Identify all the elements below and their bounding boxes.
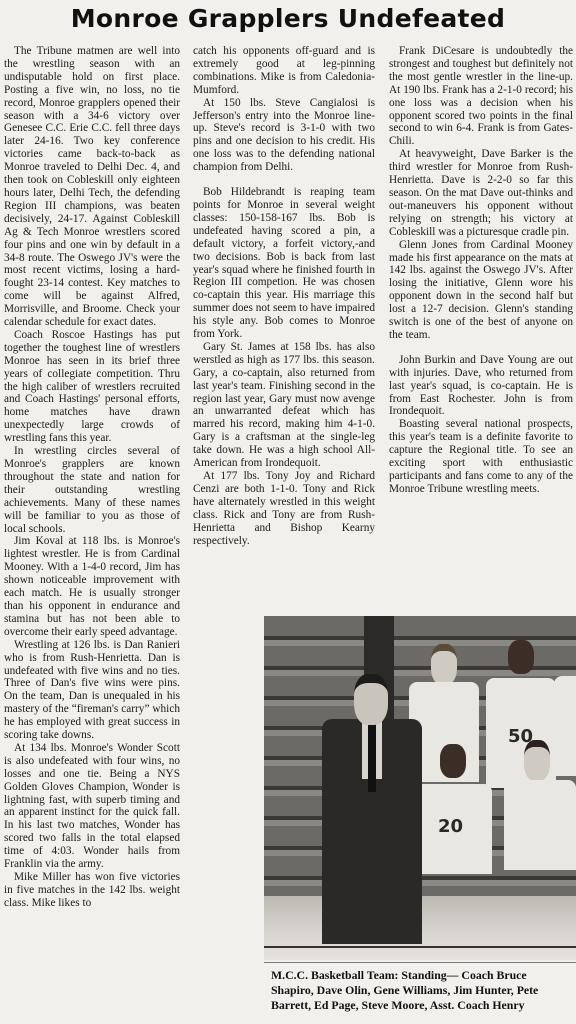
paragraph: Wrestling at 126 lbs. is Dan Ranieri who… xyxy=(4,639,180,742)
paragraph: catch his opponents off-guard and is ext… xyxy=(193,45,375,97)
caption-line: Barrett, Ed Page, Steve Moore, Asst. Coa… xyxy=(271,998,576,1013)
paragraph: Jim Koval at 118 lbs. is Monroe's lighte… xyxy=(4,535,180,638)
paragraph: John Burkin and Dave Young are out with … xyxy=(389,354,573,419)
paragraph: Gary St. James at 158 lbs. has also wers… xyxy=(193,341,375,470)
paragraph: At 150 lbs. Steve Cangialosi is Jefferso… xyxy=(193,97,375,174)
paragraph: At 177 lbs. Tony Joy and Richard Cenzi a… xyxy=(193,470,375,547)
team-photo: 50 20 xyxy=(264,616,576,960)
paragraph: At 134 lbs. Monroe's Wonder Scott is als… xyxy=(4,742,180,871)
player-figure xyxy=(504,740,576,940)
article-column-3: Frank DiCesare is undoubtedly the strong… xyxy=(389,45,573,496)
caption-line: M.C.C. Basketball Team: Standing— Coach … xyxy=(271,968,576,983)
paragraph: Boasting several national prospects, thi… xyxy=(389,418,573,495)
paragraph: At heavyweight, Dave Barker is the third… xyxy=(389,148,573,238)
paragraph: Bob Hildebrandt is reaping team points f… xyxy=(193,186,375,341)
article-column-2: catch his opponents off-guard and is ext… xyxy=(193,45,375,547)
paragraph: Glenn Jones from Cardinal Mooney made hi… xyxy=(389,239,573,342)
paragraph: The Tribune matmen are well into the wre… xyxy=(4,45,180,329)
coach-figure xyxy=(322,674,422,944)
photo-caption: M.C.C. Basketball Team: Standing— Coach … xyxy=(271,968,576,1013)
paragraph: In wrestling circles several of Monroe's… xyxy=(4,445,180,535)
court-line xyxy=(264,946,576,948)
article-column-1: The Tribune matmen are well into the wre… xyxy=(4,45,180,910)
jersey-number: 20 xyxy=(438,816,463,837)
caption-rule xyxy=(264,962,576,963)
caption-line: Shapiro, Dave Olin, Gene Williams, Jim H… xyxy=(271,983,576,998)
player-figure: 20 xyxy=(412,744,492,944)
paragraph: Frank DiCesare is undoubtedly the strong… xyxy=(389,45,573,148)
headline: Monroe Grapplers Undefeated xyxy=(0,4,576,33)
paragraph: Mike Miller has won five victories in fi… xyxy=(4,871,180,910)
paragraph: Coach Roscoe Hastings has put together t… xyxy=(4,329,180,445)
